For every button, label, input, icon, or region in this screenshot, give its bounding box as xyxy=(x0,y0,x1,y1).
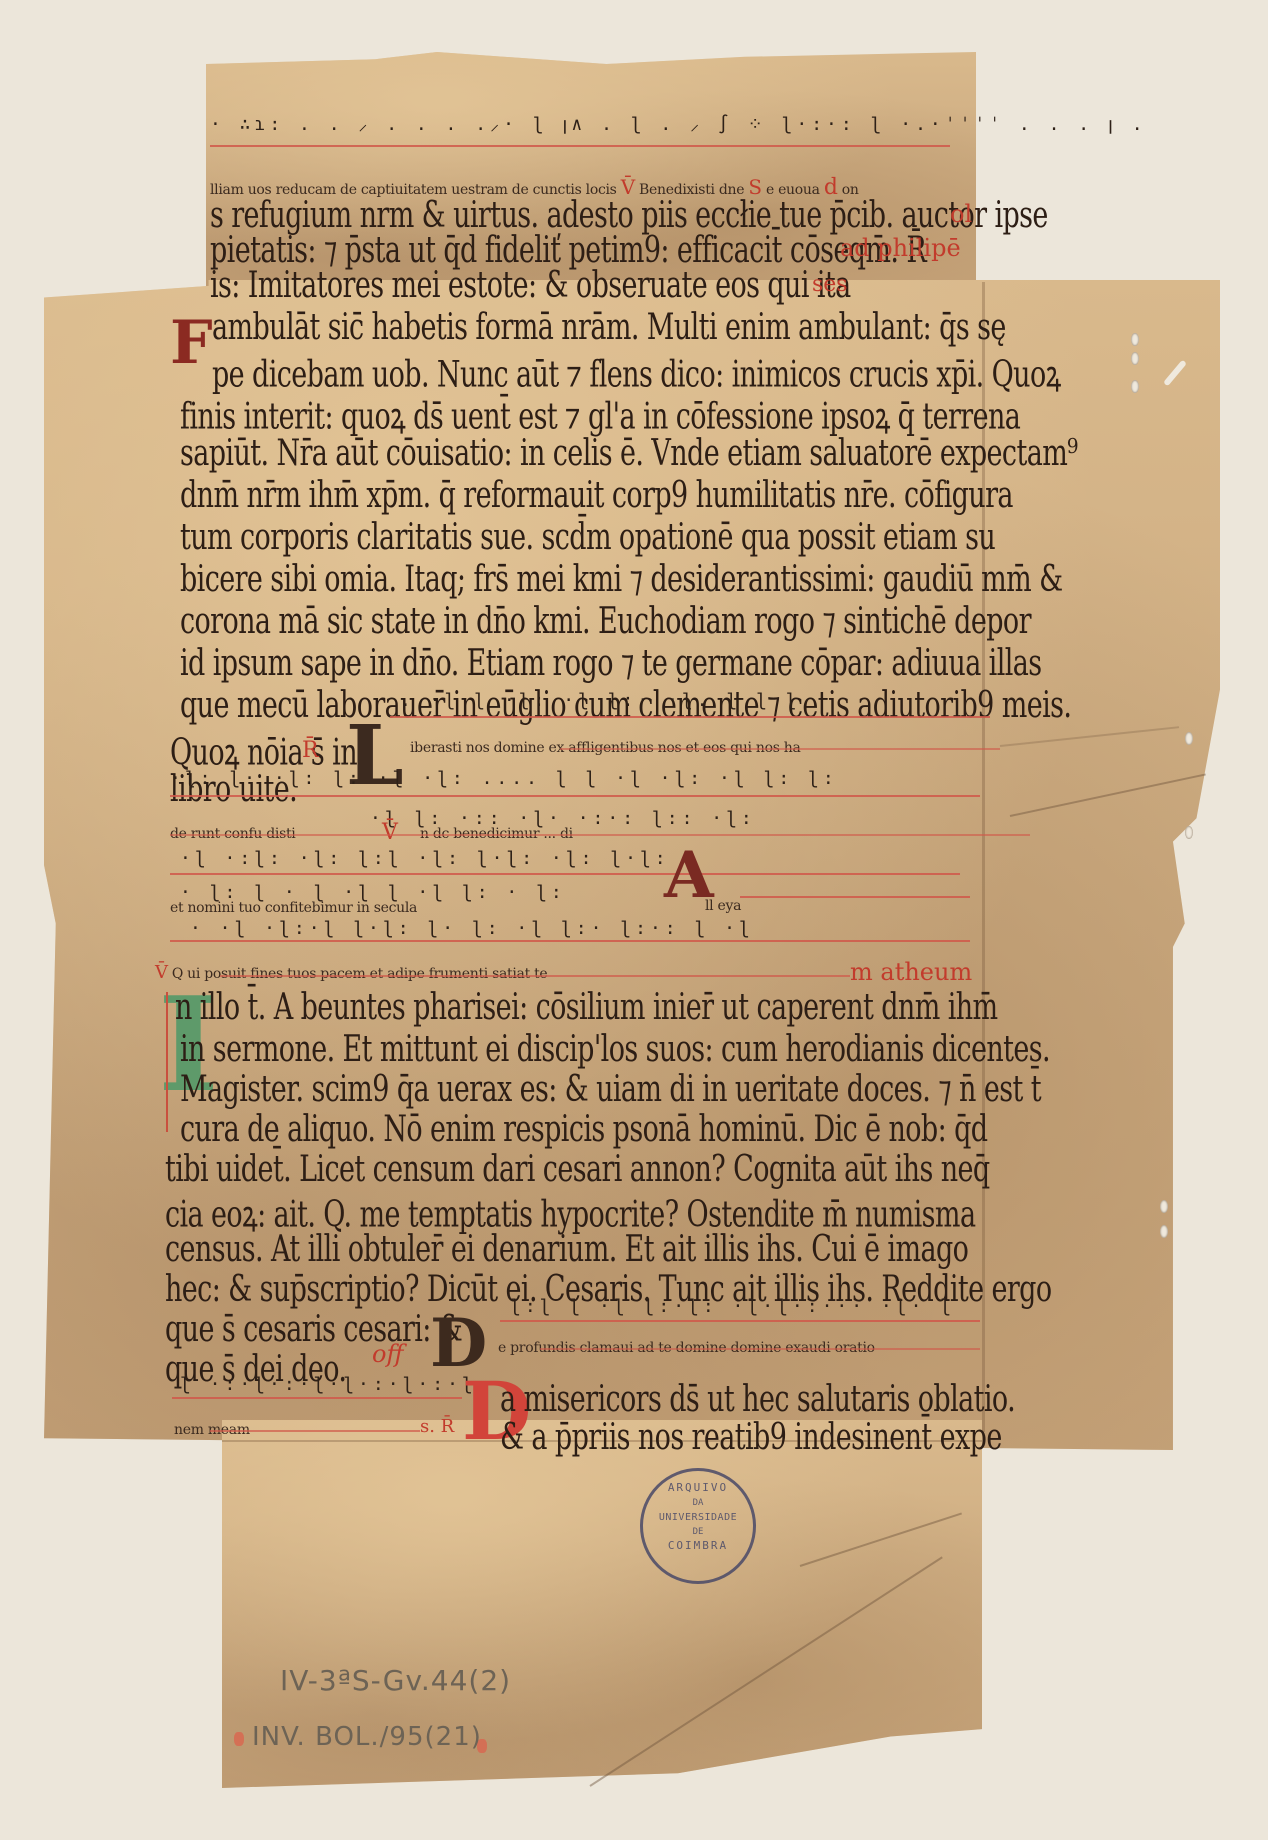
archive-stamp: ARQUIVO DA UNIVERSIDADE DE COIMBRA xyxy=(640,1468,756,1584)
initial-f: F xyxy=(170,308,213,378)
neume-row: · ·ɭ ·ɭ:·ɭ ɭ·ɭ: ɭ· ɭ: ·ɭ ɭ:· ɭ:·: ɭ ·ɭ xyxy=(190,918,754,939)
text-line: corona mā sic state in dn̄o kmi. Euchodi… xyxy=(180,601,1031,643)
text-line: a misericors ds̄ ut hec salutaris oblati… xyxy=(500,1379,1015,1421)
staff-line xyxy=(170,795,980,797)
staff-line xyxy=(540,1348,980,1350)
staff-line xyxy=(560,748,1000,750)
neume-row: ɭ ·:·ɭ·:·ɭ·ɭ·:·ɭ·:·ɭ· xyxy=(180,1374,492,1395)
rubric: ses xyxy=(812,272,848,297)
text-line: ambulāt sic̄ habetis formā nrām. Multi e… xyxy=(212,307,1006,349)
stitch-hole xyxy=(1185,732,1193,745)
rubric: R̄ xyxy=(302,738,319,763)
text-line: & a p̄priis nos reatib9 indesinent̄ expe xyxy=(500,1417,1002,1459)
text-line: sapiūt. Nr̄a aūt cōuisatio: in celis ē. … xyxy=(180,433,1077,475)
text-line: in sermone. Et mittunt ei discip'los suo… xyxy=(180,1029,1050,1071)
neume-row: ɭ:ɭ ɭ ·ɭ ɭ:·ɭ: ·ɭ·ɭ·:··· ·ɭ· ɭ xyxy=(510,1296,955,1317)
stitch-hole xyxy=(1185,826,1193,839)
text-line: census. At illi obtuler̄ ei denarium. Et… xyxy=(165,1229,968,1271)
initial-frame-red xyxy=(166,992,168,1132)
staff-line xyxy=(500,1320,980,1322)
text-line: tum corporis claritatis sue. scd̄m opati… xyxy=(180,517,995,559)
text-line: cura de aliquo. Nō enim respicis psonā h… xyxy=(180,1109,987,1151)
text-line: is: Imitatores mei estote: & obseruate e… xyxy=(210,265,851,307)
staff-line xyxy=(172,1397,462,1399)
rubric: V̄ xyxy=(382,820,398,845)
rubric: s. R̄ xyxy=(420,1416,454,1437)
stitch-hole xyxy=(1131,352,1139,365)
neume-row: ·ɭ: ɭ· ·ɭ: ɭ: ·ɭ ·ɭ: .... ɭ ɭ ·ɭ ·ɭ: ·ɭ … xyxy=(170,768,838,789)
text-line: que s̄ cesaris cesari: & xyxy=(165,1309,462,1351)
staff-line xyxy=(170,834,1030,836)
inventory-number-pencil: INV. BOL./95(21) xyxy=(252,1722,482,1752)
text-line: id ipsum sape in dn̄o. Etiam rogo ⁊ te g… xyxy=(180,643,1042,685)
text-line: tibi uidet̄. Licet censum dari cesari an… xyxy=(165,1149,990,1191)
shelfmark-pencil: IV-3ªS-Gv.44(2) xyxy=(280,1664,511,1697)
neume-row: . ·ɭ ɭ ·ɭ: ·ɭ ɭ:· ·ɭ. ɭ ɭ ɭ xyxy=(400,690,801,711)
stitch-hole xyxy=(1131,380,1139,393)
rubric: off xyxy=(372,1340,403,1368)
text-line: dnm̄ nr̄m ihm̄ xp̄m. q̄ reformauit corp9… xyxy=(180,475,1013,517)
stitch-hole xyxy=(1160,1225,1168,1238)
chant-text: et nomini tuo confitebimur in secula xyxy=(170,900,417,916)
neume-row: ·ɭ ·:ɭ: ·ɭ: ɭ:ɭ ·ɭ: ɭ·ɭ: ·ɭ: ɭ·ɭ: xyxy=(180,848,670,869)
staff-line xyxy=(740,896,970,898)
staff-line xyxy=(390,716,990,718)
staff-line xyxy=(170,873,960,875)
text-line: n illo t̄. A beuntes pharisei: cōsilium … xyxy=(175,987,998,1029)
neume-row: · ∴ɿ: . . ⸝ . . . .⸝· ɭ ꞁ∧ . ɭ . ⸝ ∫ ⁘ ɭ… xyxy=(210,112,1147,136)
text-line: bicere sibi omia. Itaq; frs̄ mei kmi ⁊ d… xyxy=(180,559,1063,601)
stitch-hole xyxy=(1160,1200,1168,1213)
rubric: m atheum xyxy=(850,958,972,986)
rubric: ad philipē xyxy=(840,234,961,262)
red-dot xyxy=(234,1732,244,1746)
chant-text: ll eya xyxy=(705,898,741,914)
stitch-hole xyxy=(1131,333,1139,346)
staff-line xyxy=(210,145,950,147)
staff-line xyxy=(220,975,850,977)
staff-line xyxy=(210,1430,420,1432)
initial-l: L xyxy=(346,708,404,804)
text-line: Magister. scim9 q̄a uerax es: & uiam di … xyxy=(180,1069,1041,1111)
staff-line xyxy=(170,940,970,942)
rubric: ol xyxy=(950,200,972,228)
